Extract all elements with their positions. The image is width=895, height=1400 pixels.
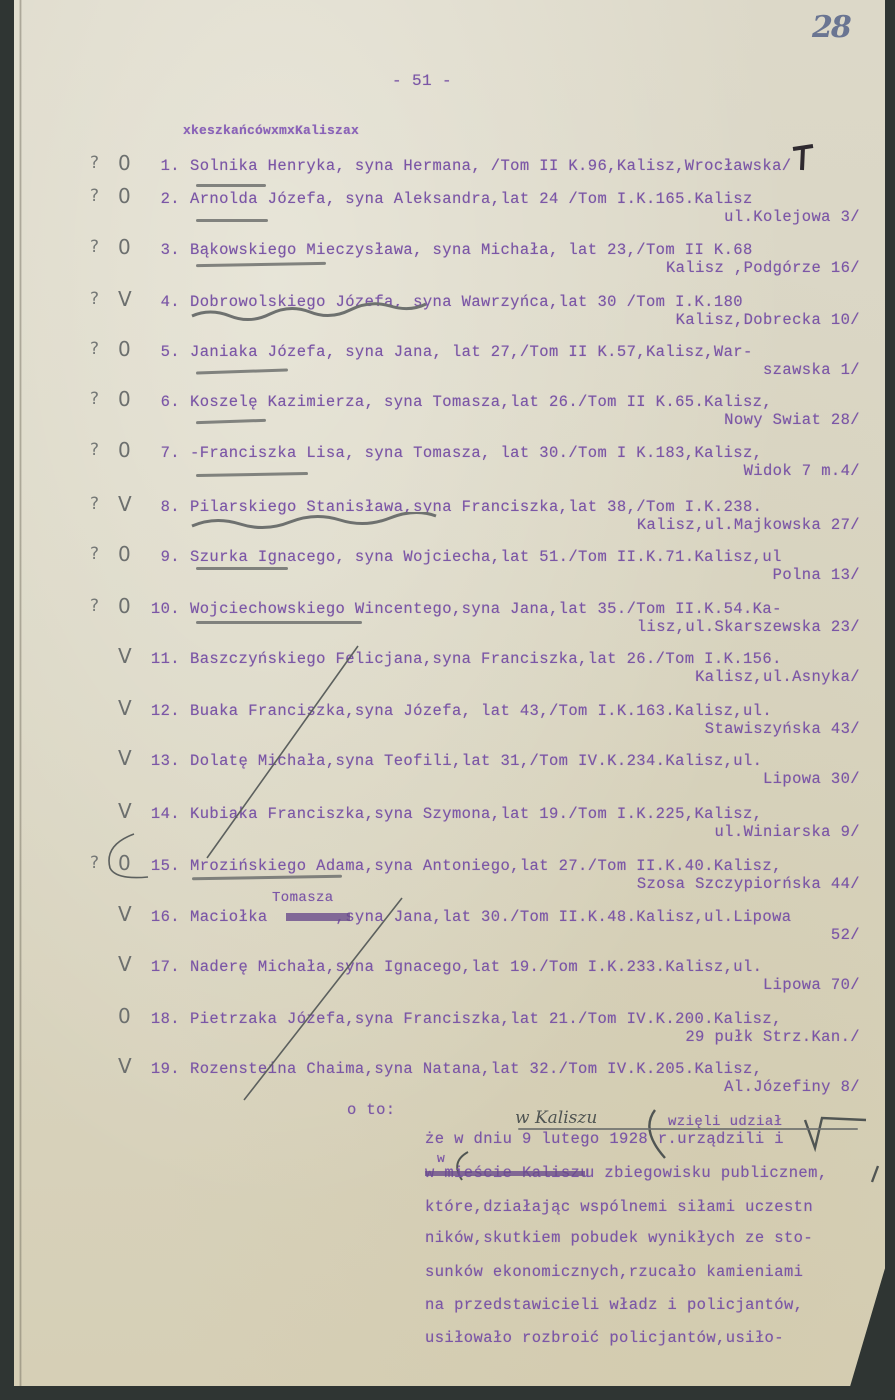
body-line-6: na przedstawicieli władz i policjantów, — [425, 1296, 803, 1314]
margin-check-mark: V — [118, 799, 132, 823]
margin-zero-mark: 0 — [118, 387, 131, 411]
entry-line: Mrozińskiego Adama,syna Antoniego,lat 27… — [190, 857, 782, 875]
entry-address-continuation: Kalisz,ul.Majkowska 27/ — [637, 516, 860, 534]
margin-zero-mark: 0 — [118, 594, 131, 618]
margin-question-mark: ? — [90, 289, 99, 309]
entry-number: 7. — [140, 444, 180, 462]
pencil-underline — [196, 184, 266, 187]
entry-address-continuation: Kalisz,Dobrecka 10/ — [676, 311, 860, 329]
margin-check-mark: V — [118, 746, 132, 770]
entry-address-continuation: Kalisz ,Podgórze 16/ — [666, 259, 860, 277]
margin-question-mark: ? — [90, 853, 99, 873]
entry-line: Solnika Henryka, syna Hermana, /Tom II K… — [190, 157, 792, 175]
entry-address-continuation: Lipowa 30/ — [763, 770, 860, 788]
body-line-1: że w dniu 9 lutego 1928 r.urządzili i — [425, 1130, 784, 1148]
pencil-underline — [196, 219, 268, 222]
entry-address-continuation: ul.Winiarska 9/ — [714, 823, 860, 841]
entry-line: Szurka Ignacego, syna Wojciecha,lat 51./… — [190, 548, 782, 566]
entry-address-continuation: ul.Kolejowa 3/ — [724, 208, 860, 226]
entry-number: 16. — [140, 908, 180, 926]
entry-number: 8. — [140, 498, 180, 516]
entry-address-continuation: szawska 1/ — [763, 361, 860, 379]
body-line-2: u zbiegowisku publicznem, — [585, 1164, 828, 1182]
entry-line: Kubiaka Franciszka,syna Szymona,lat 19./… — [190, 805, 762, 823]
entry-number: 11. — [140, 650, 180, 668]
margin-zero-mark: 0 — [118, 542, 131, 566]
entry-address-continuation: Stawiszyńska 43/ — [705, 720, 860, 738]
entry-number: 14. — [140, 805, 180, 823]
entry-address-continuation: 52/ — [831, 926, 860, 944]
margin-question-mark: ? — [90, 389, 99, 409]
margin-zero-mark: 0 — [118, 851, 131, 875]
body-line-5: sunków ekonomicznych,rzucało kamieniami — [425, 1263, 803, 1281]
entry-line: Dolatę Michała,syna Teofili,lat 31,/Tom … — [190, 752, 762, 770]
margin-check-mark: V — [118, 1054, 132, 1078]
margin-question-mark: ? — [90, 440, 99, 460]
pencil-underline — [196, 567, 288, 570]
margin-zero-mark: 0 — [118, 151, 131, 175]
entry-number: 3. — [140, 241, 180, 259]
margin-zero-mark: 0 — [118, 184, 131, 208]
entry-line: Wojciechowskiego Wincentego,syna Jana,la… — [190, 600, 782, 618]
entry-line: Baszczyńskiego Felicjana,syna Franciszka… — [190, 650, 782, 668]
entry-line: -Franciszka Lisa, syna Tomasza, lat 30./… — [190, 444, 762, 462]
page-number: - 51 - — [392, 72, 452, 90]
margin-check-mark: V — [118, 492, 132, 516]
entry-number: 5. — [140, 343, 180, 361]
margin-check-mark: V — [118, 696, 132, 720]
margin-zero-mark: 0 — [118, 235, 131, 259]
body-line-3: które,działając wspólnemi siłami uczestn — [425, 1198, 813, 1216]
entry-number: 10. — [140, 600, 180, 618]
inserted-word: Tomasza — [272, 889, 334, 907]
entry-address-continuation: Szosa Szczypiorńska 44/ — [637, 875, 860, 893]
archive-page-number: 28 — [812, 10, 850, 45]
struck-header: xkeszkańcówxmxKaliszax — [183, 122, 359, 140]
pencil-wavy-underline — [190, 512, 440, 534]
entry-number: 15. — [140, 857, 180, 875]
margin-question-mark: ? — [90, 494, 99, 514]
margin-zero-mark: 0 — [118, 337, 131, 361]
struck-word — [286, 913, 350, 921]
o-to-label: o to: — [347, 1101, 396, 1119]
margin-question-mark: ? — [90, 153, 99, 173]
margin-question-mark: ? — [90, 544, 99, 564]
margin-check-mark: V — [118, 644, 132, 668]
entry-line: Bąkowskiego Mieczysława, syna Michała, l… — [190, 241, 753, 259]
margin-question-mark: ? — [90, 186, 99, 206]
margin-check-mark: V — [118, 902, 132, 926]
pencil-underline — [196, 621, 362, 624]
entry-number: 13. — [140, 752, 180, 770]
entry-line: Pietrzaka Józefa,syna Franciszka,lat 21.… — [190, 1010, 782, 1028]
handwritten-insert: w Kaliszu — [515, 1108, 597, 1128]
entry-number: 17. — [140, 958, 180, 976]
entry-address-continuation: Widok 7 m.4/ — [744, 462, 860, 480]
body-line-4: ników,skutkiem pobudek wynikłych ze sto- — [425, 1229, 813, 1247]
entry-number: 18. — [140, 1010, 180, 1028]
entry-address-continuation: Kalisz,ul.Asnyka/ — [695, 668, 860, 686]
entry-address-continuation: Al.Józefiny 8/ — [724, 1078, 860, 1096]
entry-number: 4. — [140, 293, 180, 311]
entry-number: 2. — [140, 190, 180, 208]
entry-number: 1. — [140, 157, 180, 175]
entry-line: Koszelę Kazimierza, syna Tomasza,lat 26.… — [190, 393, 772, 411]
margin-check-mark: V — [118, 952, 132, 976]
margin-check-mark: V — [118, 287, 132, 311]
binding-thread — [19, 0, 22, 1386]
margin-question-mark: ? — [90, 596, 99, 616]
entry-line: Maciołka ,syna Jana,lat 30./Tom II.K.48.… — [190, 908, 792, 926]
margin-question-mark: ? — [90, 237, 99, 257]
entry-line: Naderę Michała,syna Ignacego,lat 19./Tom… — [190, 958, 762, 976]
entry-address-continuation: Nowy Swiat 28/ — [724, 411, 860, 429]
entry-address-continuation: Lipowa 70/ — [763, 976, 860, 994]
entry-number: 6. — [140, 393, 180, 411]
entry-line: Rozensteina Chaima,syna Natana,lat 32./T… — [190, 1060, 762, 1078]
strike-through — [425, 1171, 585, 1176]
margin-question-mark: ? — [90, 339, 99, 359]
entry-address-continuation: 29 pułk Strz.Kan./ — [685, 1028, 860, 1046]
margin-zero-mark: 0 — [118, 1004, 131, 1028]
margin-zero-mark: 0 — [118, 438, 131, 462]
entry-address-continuation: lisz,ul.Skarszewska 23/ — [637, 618, 860, 636]
entry-number: 12. — [140, 702, 180, 720]
body-line-7: usiłowało rozbroić policjantów,usiło- — [425, 1329, 784, 1347]
entry-line: Janiaka Józefa, syna Jana, lat 27,/Tom I… — [190, 343, 753, 361]
entry-address-continuation: Polna 13/ — [773, 566, 860, 584]
entry-number: 9. — [140, 548, 180, 566]
pencil-wavy-underline — [190, 302, 430, 324]
entry-line: Arnolda Józefa, syna Aleksandra,lat 24 /… — [190, 190, 753, 208]
entry-line: Buaka Franciszka,syna Józefa, lat 43,/To… — [190, 702, 772, 720]
entry-number: 19. — [140, 1060, 180, 1078]
